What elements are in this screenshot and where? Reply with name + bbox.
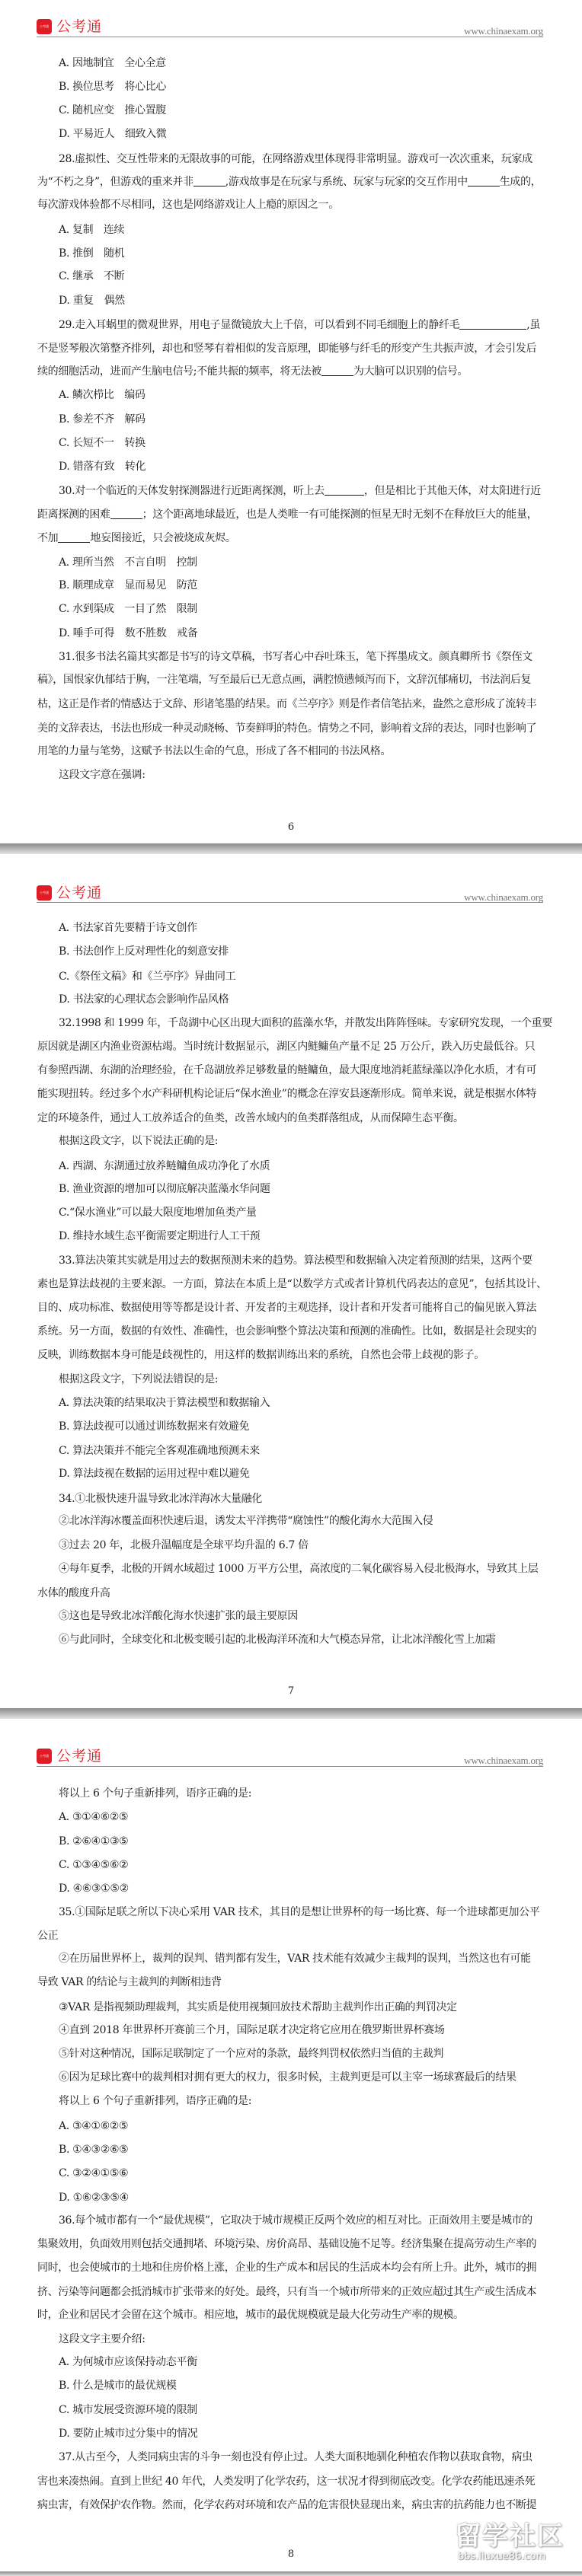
page-8: 公考通 公考通 www.chinaexam.org 将以上 6 个句子重新排列，… <box>0 1719 582 2573</box>
question-34-sentence: ②北冰洋海冰覆盖面积快速后退，诱发太平洋携带“腐蚀性”的酸化海水大范围入侵 <box>59 1514 549 1528</box>
option-a: A. 鳞次栉比 编码 <box>59 388 549 402</box>
text-segment: ,游戏故事是在玩家与系统、玩家与玩家的交互作用中 <box>225 176 468 188</box>
question-36-text: 36.每个城市都有一个“最优规模”，它取决于城市规模正反两个效应的相互对比。正面… <box>59 2214 549 2227</box>
option-c: C.“保水渔业”可以最大限度地增加鱼类产量 <box>59 1206 549 1219</box>
question-31-text: 31.很多书法名篇其实都是书写的诗文草稿，书写者心中吞吐珠玉，笔下挥墨成文。颜真… <box>59 650 549 664</box>
question-prompt: 根据这段文字，以下说法正确的是: <box>59 1134 549 1148</box>
question-prompt: 这段文字意在强调: <box>59 768 549 782</box>
text-segment: 不加 <box>37 532 58 544</box>
header-url: www.chinaexam.org <box>464 1755 543 1766</box>
question-prompt: 将以上 6 个句子重新排列，语序正确的是: <box>59 2094 549 2108</box>
option-a: A. 书法家首先要精于诗文创作 <box>59 921 549 935</box>
option-b: B. ①④③②⑥⑤ <box>59 2143 549 2157</box>
text-segment: ，但是相比于其他天体，对太阳进行近 <box>364 485 541 497</box>
text-segment: 生成的， <box>500 176 542 188</box>
page-separator <box>0 1708 582 1719</box>
brand-logo-icon: 公考通 <box>37 885 52 901</box>
option-d: D. 要防止城市过分集中的情况 <box>59 2427 549 2441</box>
option-c: C. 算法决策并不能完全客观准确地预测未来 <box>59 1444 549 1458</box>
question-35-sentence: ⑥因为足球比赛中的裁判相对拥有更大的权力，很多时候，主裁判更是可以主宰一场球赛最… <box>59 2071 549 2084</box>
question-32-text: 定的环境条件，通过人工放养适合的鱼类，改善水域内的鱼类群落组成，从而保障生态平衡… <box>37 1111 549 1125</box>
option-d: D. 书法家的心理状态会影响作品风格 <box>59 993 549 1006</box>
question-31-text: 用笔的力量与笔势，这赋予书法以生命的气息，形成了各不相同的书法风格。 <box>37 744 549 758</box>
text-segment: 续的细胞活动，进而产生脑电信号;不能共振的频率，将无法被 <box>37 365 321 378</box>
option-c: C. 随机应变 推心置腹 <box>59 104 549 117</box>
question-35-sentence: ③VAR 是指视频助理裁判，其实质是使用视频回放技术帮助主裁判作出正确的判罚决定 <box>59 2001 549 2014</box>
fill-blank <box>110 508 142 519</box>
question-35-sentence: 导致 VAR 的结论与主裁判的判断相违背 <box>37 1975 549 1989</box>
option-b: B. 换位思考 将心比心 <box>59 80 549 94</box>
question-33-text: 反映，训练数据本身可能是歧视性的，用这样的数据训练出来的系统，自然也会带上歧视的… <box>37 1348 549 1362</box>
fill-blank <box>193 175 225 187</box>
brand-name: 公考通 <box>56 18 102 35</box>
text-segment: 地妄图接近，只会被烧成灰烬。 <box>90 532 235 544</box>
option-c: C. ①③④⑤⑥② <box>59 1858 549 1872</box>
question-32-text: 原因就是湖区内渔业资源枯竭。当时统计数据显示，湖区内鲢鳙鱼产量不足 25 万公斤… <box>37 1040 549 1054</box>
option-d: D. 错落有致 转化 <box>59 460 549 473</box>
option-a: A. 为何城市应该保持动态平衡 <box>59 2355 549 2369</box>
question-33-text: 目的、成功标准、数据使用等等都是设计者、开发者的主观选择，设计者和开发者可能将自… <box>37 1301 549 1315</box>
fill-blank <box>58 531 90 543</box>
question-29-text: 29.走入耳蜗里的微观世界，用电子显微镜放大上千倍，可以看到不同毛细胞上的静纤毛… <box>59 318 549 332</box>
header-divider <box>37 902 543 903</box>
fill-blank <box>468 175 500 187</box>
header-url: www.chinaexam.org <box>464 26 543 37</box>
question-37-text: 病虫害，有效保护农作物。然而，化学农药对环境和农产品的危害很快显现出来，病虫害的… <box>37 2498 549 2512</box>
header-divider <box>37 37 543 37</box>
option-a: A. 复制 连续 <box>59 223 549 237</box>
brand-logo-icon: 公考通 <box>37 19 52 34</box>
option-c: C. 城市发展受资源环境的限制 <box>59 2403 549 2417</box>
question-31-text: 枯，这正是作者的情感达于文辞、形诸笔墨的结果。而《兰亭序》则是作者信笔拈来，盎然… <box>37 697 549 711</box>
question-35-sentence: 公正 <box>37 1929 549 1943</box>
text-segment: 为“不朽之身”，但游戏的重来并非 <box>37 176 193 188</box>
option-c: C.《祭侄文稿》和《兰亭序》异曲同工 <box>59 970 549 984</box>
page-6: 公考通 公考通 www.chinaexam.org A. 因地制宜 全心全意 B… <box>0 0 582 845</box>
page-7: 公考通 公考通 www.chinaexam.org A. 书法家首先要精于诗文创… <box>0 854 582 1708</box>
question-28-text: 每次游戏体验都不尽相同，这也是网络游戏让人上瘾的原因之一。 <box>37 198 549 212</box>
text-segment: 30.对一个临近的天体发射探测器进行近距离探测，听上去 <box>59 485 325 497</box>
option-b: B. 算法歧视可以通过训练数据来有效避免 <box>59 1420 549 1433</box>
question-32-text: 32.1998 和 1999 年，千岛湖中心区出现大面积的蓝藻水华，并散发出阵阵… <box>59 1016 549 1030</box>
option-d: D. 维持水域生态平衡需要定期进行人工干预 <box>59 1229 549 1243</box>
brand-logo-icon: 公考通 <box>37 1749 52 1764</box>
question-34-sentence: ③过去 20 年，北极升温幅度是全球平均升温的 6.7 倍 <box>59 1538 549 1552</box>
question-30-text: 30.对一个临近的天体发射探测器进行近距离探测，听上去，但是相比于其他天体，对太… <box>59 484 549 498</box>
option-c: C. 长短不一 转换 <box>59 436 549 450</box>
option-b: B. 参差不齐 解码 <box>59 413 549 426</box>
option-c: C. 水到渠成 一目了然 限制 <box>59 602 549 616</box>
question-33-text: 系统。另一方面，数据的有效性、准确性，也会影响整个算法决策和预测的准确性。比如，… <box>37 1325 549 1338</box>
text-segment: 距离探测的困难 <box>37 509 110 521</box>
header-divider <box>37 1766 543 1767</box>
option-a: A. 西湖、东湖通过放养鲢鳙鱼成功净化了水质 <box>59 1159 549 1173</box>
brand-name: 公考通 <box>56 1748 102 1765</box>
question-37-text: 害也来凑热闹。直到上世纪 40 年代，人类发明了化学农药，这一状况才得到彻底改变… <box>37 2475 549 2488</box>
fill-blank <box>321 365 353 376</box>
text-segment: 为大脑可以识别的信号。 <box>353 365 468 378</box>
page-number: 6 <box>0 821 582 833</box>
option-b: B. 推倒 随机 <box>59 247 549 260</box>
question-33-text: 33.算法决策其实就是用过去的数据预测未来的趋势。算法模型和数据输入决定着预测的… <box>59 1254 549 1267</box>
fill-blank <box>325 484 364 496</box>
page-number: 7 <box>0 1685 582 1697</box>
question-prompt: 根据这段文字，下列说法错误的是: <box>59 1372 549 1386</box>
question-30-text: 距离探测的困难；这个距离地球最近，也是人类唯一有可能探测的恒星无时无刻不在释放巨… <box>37 508 549 521</box>
question-36-text: 挤、污染等问题都会抵消城市扩张带来的好处。最终，只有当一个城市所带来的正效应超过… <box>37 2285 549 2299</box>
question-28-text: 28.虚拟性、交互性带来的无限故事的可能，在网络游戏里体现得非常明显。游戏可一次… <box>59 152 549 166</box>
question-35-sentence: 35.①国际足联之所以下决心采用 VAR 技术，其目的是想让世界杯的每一场比赛、… <box>59 1905 549 1919</box>
question-31-text: 美的文辞表达，书法也形成一种灵动晓畅、节奏鲜明的特色。情势之不同，影响着文辞的表… <box>37 722 549 735</box>
option-b: B. 渔业资源的增加可以彻底解决蓝藻水华问题 <box>59 1182 549 1196</box>
question-32-text: 能实现扭转。经过多个水产科研机构论证后“保水渔业”的概念在淳安县逐渐形成。简单来… <box>37 1087 549 1101</box>
text-segment: 29.走入耳蜗里的微观世界，用电子显微镜放大上千倍，可以看到不同毛细胞上的静纤毛 <box>59 319 459 331</box>
option-a: A. 算法决策的结果取决于算法模型和数据输入 <box>59 1396 549 1410</box>
option-c: C. 继承 不断 <box>59 269 549 283</box>
fill-blank <box>459 318 526 330</box>
question-35-sentence: ⑤针对这种情况，国际足联制定了一个应对的条款，最终判罚权依然归当值的主裁判 <box>59 2047 549 2061</box>
watermark-title: 留学社区 <box>455 2522 573 2551</box>
option-c: C. ③②④①⑤⑥ <box>59 2166 549 2180</box>
option-d: D. ①⑥②③⑤④ <box>59 2191 549 2205</box>
text-segment: ；这个距离地球最近，也是人类唯一有可能探测的恒星无时无刻不在释放巨大的能量， <box>142 509 538 521</box>
option-b: B. 什么是城市的最优规模 <box>59 2379 549 2393</box>
option-d: D. 算法歧视在数据的运用过程中难以避免 <box>59 1467 549 1481</box>
option-a: A. ③①④⑥②⑤ <box>59 1810 549 1824</box>
watermark: 留学社区 bbs.liuxue86.com <box>455 2522 573 2566</box>
question-34-sentence: 水体的酸度升高 <box>37 1586 549 1600</box>
text-segment: ,虽 <box>526 319 540 331</box>
question-29-text: 续的细胞活动，进而产生脑电信号;不能共振的频率，将无法被为大脑可以识别的信号。 <box>37 365 549 378</box>
watermark-url: bbs.liuxue86.com <box>455 2551 573 2563</box>
question-37-text: 37.从古至今，人类同病虫害的斗争一刻也没有停止过。人类大面积地驯化种植农作物以… <box>59 2450 549 2464</box>
option-d: D. 平易近人 细致入微 <box>59 127 549 141</box>
option-d: D. 唾手可得 数不胜数 戒备 <box>59 626 549 640</box>
option-d: D. ④⑥③①⑤② <box>59 1882 549 1895</box>
question-28-text: 为“不朽之身”，但游戏的重来并非,游戏故事是在玩家与系统、玩家与玩家的交互作用中… <box>37 175 549 189</box>
question-31-text: 稿》，国恨家仇郁结于胸，一注笔端，写至最后已无意点画，满腔愤懑倾泻而下，文辞沉郁… <box>37 673 549 687</box>
question-36-text: 时，企业和居民才会留在这个城市。相应地，城市的最优规模就是最大化劳动生产率的规模… <box>37 2308 549 2322</box>
option-a: A. ③④①⑥②⑤ <box>59 2119 549 2133</box>
question-35-sentence: ②在历届世界杯上，裁判的误判、错判都有发生，VAR 技术能有效减少主裁判的误判，… <box>59 1952 549 1965</box>
question-34-sentence: 34.①北极快速升温导致北冰洋海冰大量融化 <box>59 1492 549 1506</box>
question-34-sentence: ⑥与此同时，全球变化和北极变暖引起的北极海洋环流和大气模态异常，让北冰洋酸化雪上… <box>59 1633 549 1647</box>
question-36-text: 同时，也会使城市的土地和住房价格上涨，企业的生产成本和居民的生活成本均会有所上升… <box>37 2261 549 2275</box>
option-a: A. 因地制宜 全心全意 <box>59 56 549 70</box>
question-32-text: 有参照西湖、东湖的治理经验，在千岛湖放养足够数量的鲢鳙鱼，最大限度地消耗蓝绿藻以… <box>37 1063 549 1077</box>
brand-name: 公考通 <box>56 885 102 901</box>
header-url: www.chinaexam.org <box>464 892 543 903</box>
question-prompt: 将以上 6 个句子重新排列，语序正确的是: <box>59 1787 549 1800</box>
question-prompt: 这段文字主要介绍: <box>59 2332 549 2346</box>
page-separator <box>0 2571 582 2576</box>
option-b: B. 顺理成章 显而易见 防范 <box>59 579 549 592</box>
question-30-text: 不加地妄图接近，只会被烧成灰烬。 <box>37 531 549 545</box>
question-34-sentence: ④每年夏季，北极的开阔水域超过 1000 万平方公里，高浓度的二氧化碳容易入侵北… <box>59 1562 549 1576</box>
question-29-text: 不是竖琴般次第整齐排列，却也和竖琴有着相似的发音原理，即能够与纤毛的形变产生共振… <box>37 342 549 355</box>
option-b: B. 书法创作上反对理性化的刻意安排 <box>59 945 549 958</box>
page-separator <box>0 843 582 854</box>
option-a: A. 理所当然 不言自明 控制 <box>59 556 549 569</box>
question-35-sentence: ④直到 2018 年世界杯开赛前三个月，国际足联才决定将它应用在俄罗斯世界杯赛场 <box>59 2023 549 2037</box>
option-d: D. 重复 偶然 <box>59 294 549 308</box>
option-b: B. ②⑥④①③⑤ <box>59 1835 549 1848</box>
question-36-text: 集聚效用，负面效用则包括交通拥堵、环境污染、房价高昂、基础设施不足等。经济集聚在… <box>37 2237 549 2251</box>
question-34-sentence: ⑤这也是导致北冰洋酸化海水快速扩张的最主要原因 <box>59 1609 549 1623</box>
question-33-text: 素也是算法歧视的主要来源。一方面，算法在本质上是“以数学方式或者计算机代码表达的… <box>37 1277 549 1291</box>
